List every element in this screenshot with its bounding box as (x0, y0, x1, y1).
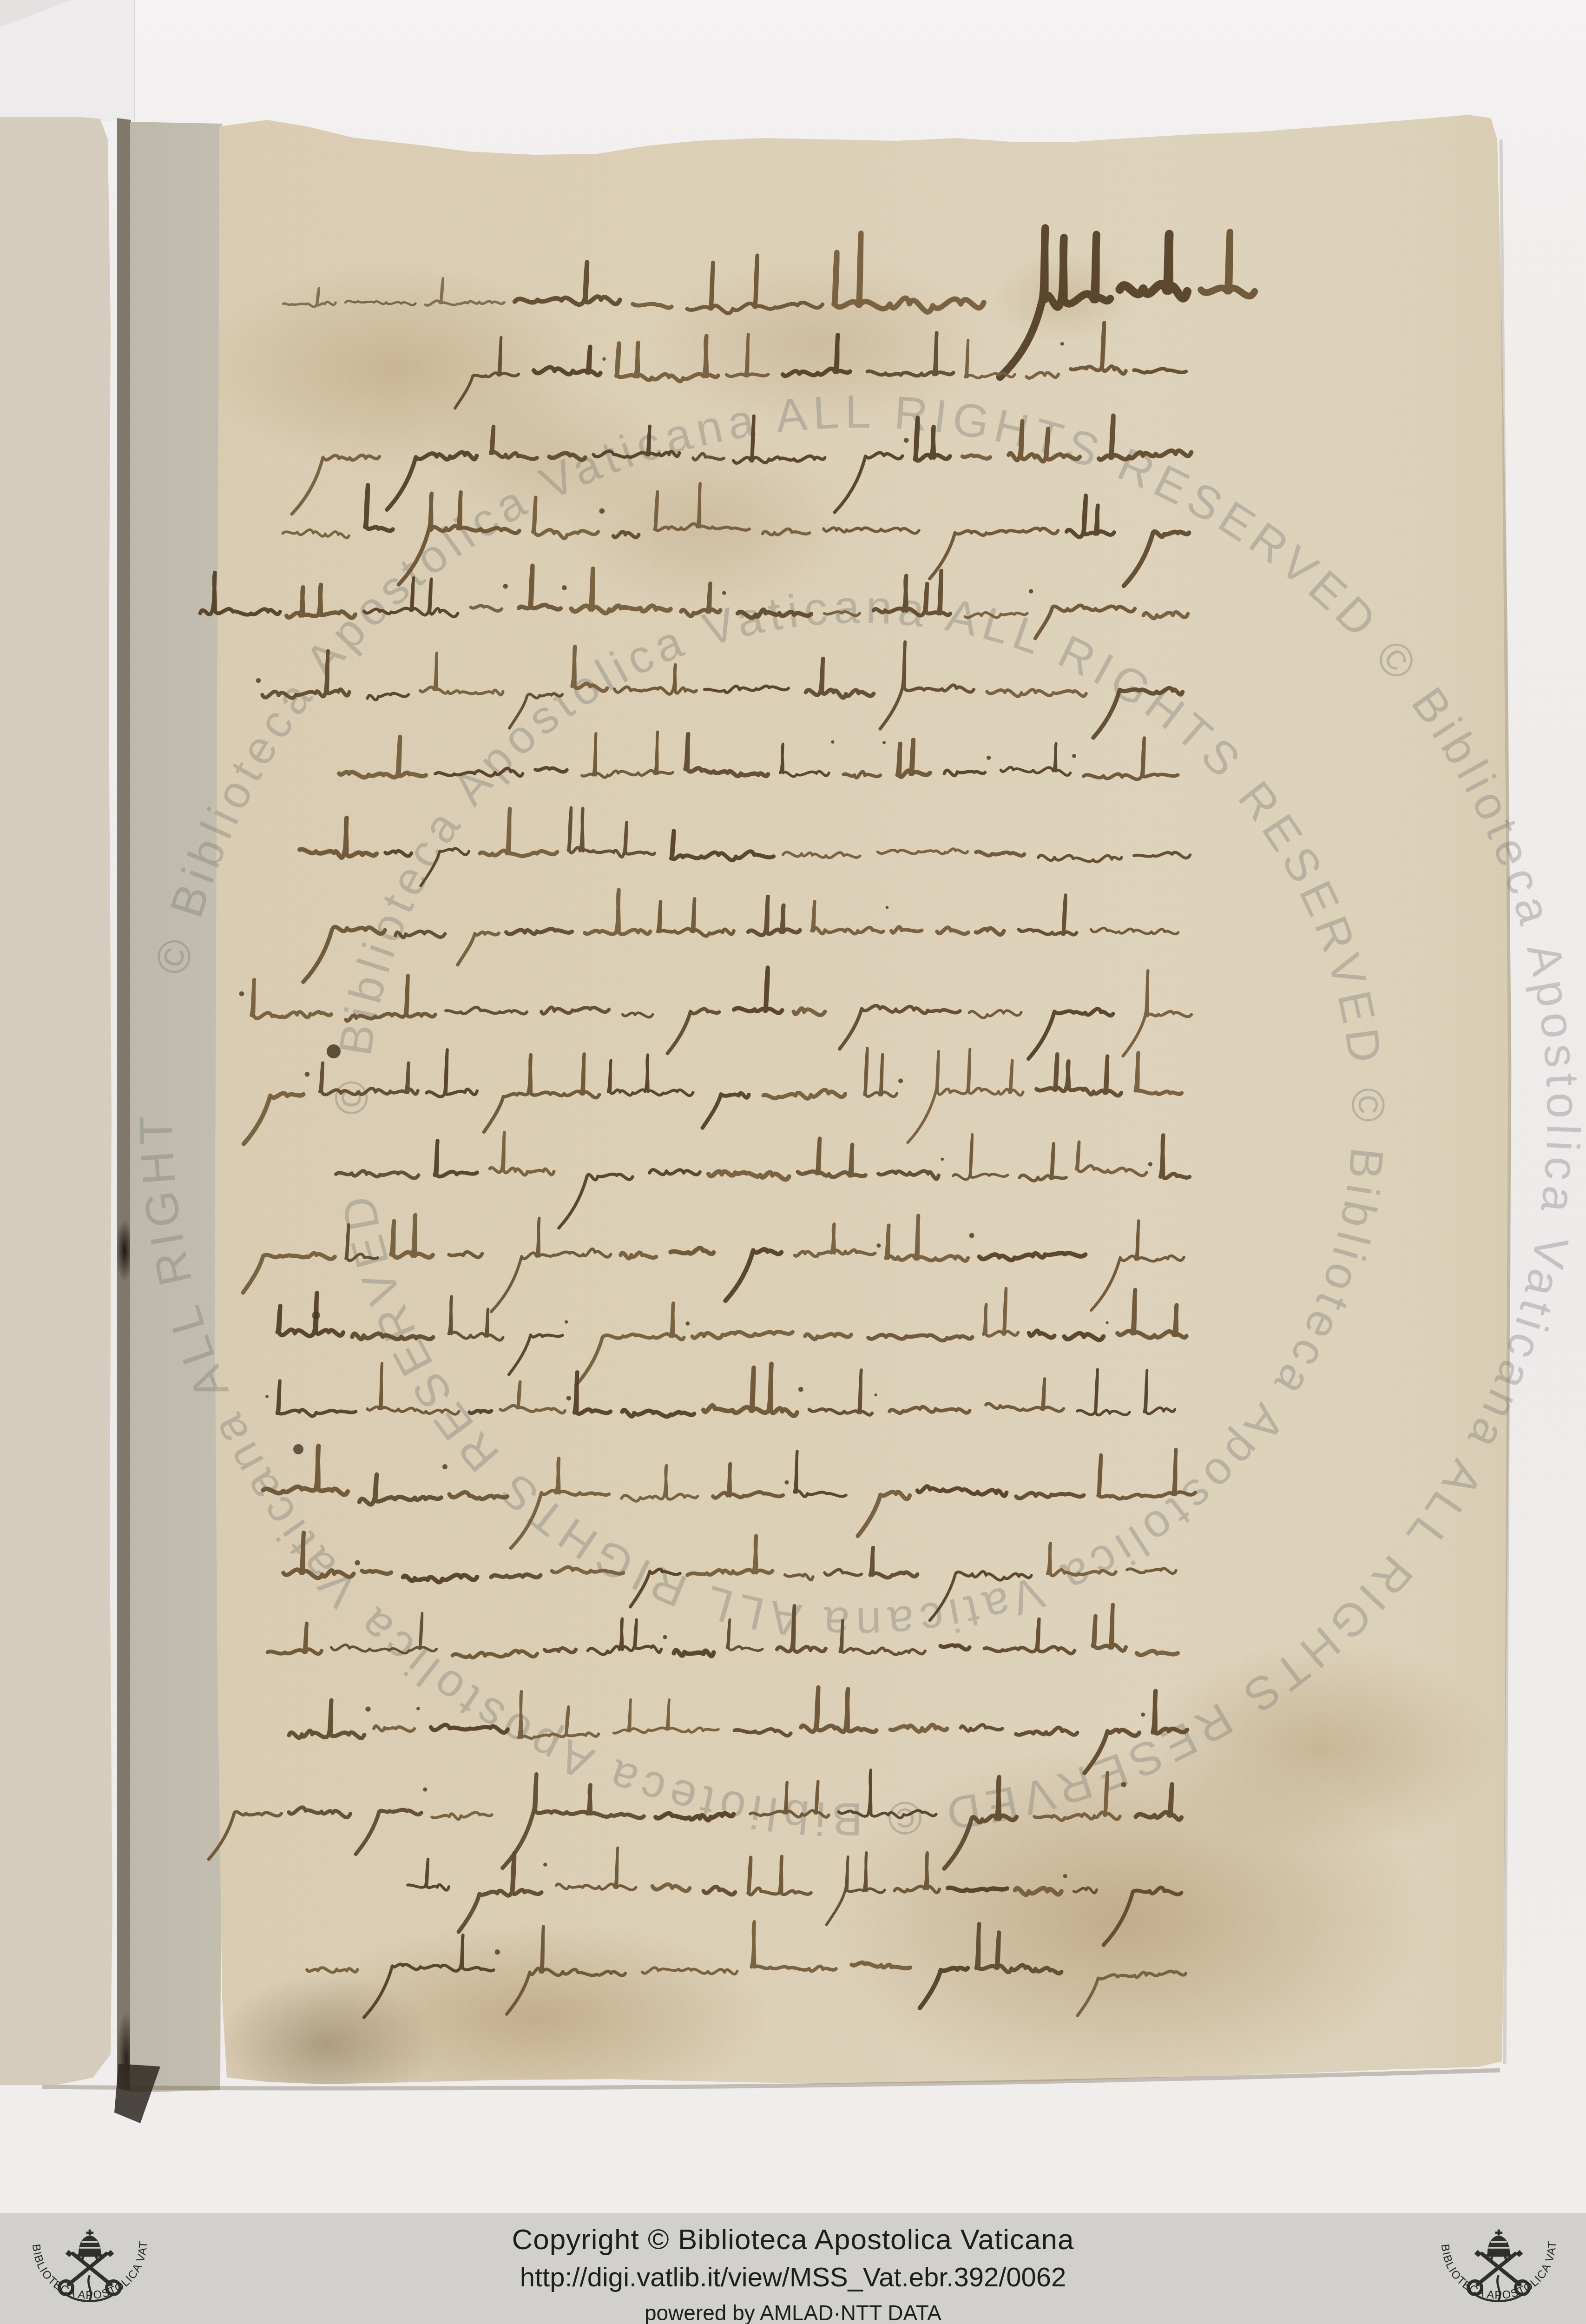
gutter-bottom-shadow-wedge (114, 2064, 160, 2123)
manuscript-artwork: © Biblioteca Apostolica Vaticana ALL RIG… (0, 0, 1586, 2324)
footer-url: http://digi.vatlib.it/view/MSS_Vat.ebr.3… (0, 2262, 1586, 2293)
ink-blot (312, 1311, 320, 1320)
scan-viewport: © Biblioteca Apostolica Vaticana ALL RIG… (0, 0, 1586, 2324)
ink-blot (293, 1444, 303, 1454)
svg-text:BIBLIOTECA APOSTOLICA VATICANA: BIBLIOTECA APOSTOLICA VATICANA (1436, 2216, 1559, 2302)
footer-powered-by: powered by AMLAD·NTT DATA (0, 2300, 1586, 2324)
logo-arc-text: BIBLIOTECA APOSTOLICA VATICANA (1436, 2216, 1559, 2302)
footer-bar: BIBLIOTECA APOSTOLICA VATICANA Copyright… (0, 2213, 1586, 2324)
footer-copyright: Copyright © Biblioteca Apostolica Vatica… (0, 2223, 1586, 2256)
vatican-library-logo-right: BIBLIOTECA APOSTOLICA VATICANA (1436, 2216, 1561, 2324)
ink-blot (327, 1044, 341, 1058)
